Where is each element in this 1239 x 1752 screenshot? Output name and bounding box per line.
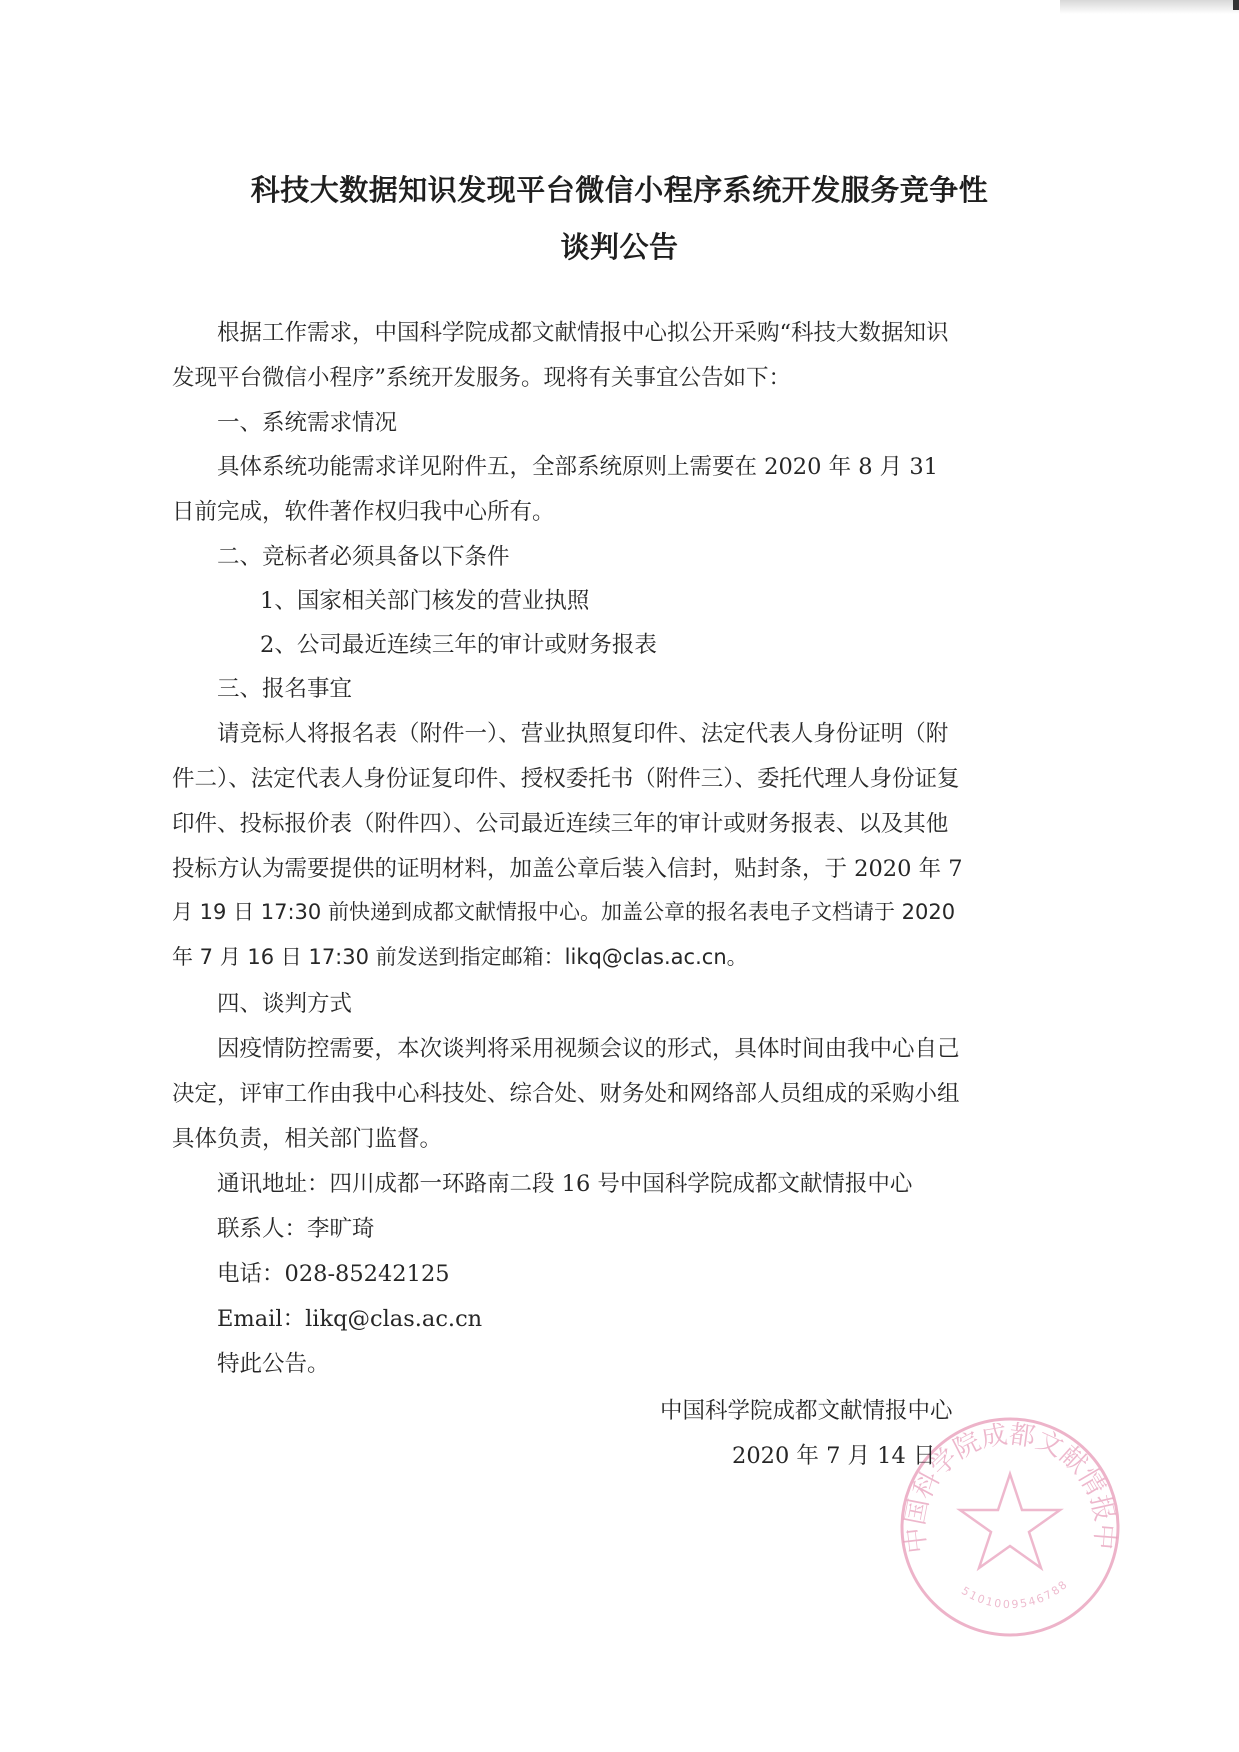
document-title-line-2: 谈判公告 [0, 225, 1239, 266]
section-4-line-3: 具体负责，相关部门监督。 [172, 1121, 442, 1153]
svg-text:5101009546788: 5101009546788 [959, 1577, 1071, 1611]
signature-organization: 中国科学院成都文献情报中心 [660, 1393, 953, 1425]
section-2-item-1: 1、国家相关部门核发的营业执照 [260, 583, 589, 615]
signature-date: 2020 年 7 月 14 日 [732, 1438, 935, 1470]
intro-line-2: 发现平台微信小程序”系统开发服务。现将有关事宜公告如下： [172, 360, 791, 392]
contact-email: Email：likq@clas.ac.cn [217, 1301, 482, 1333]
scan-corner-mark [1233, 0, 1239, 10]
section-3-line-4: 投标方认为需要提供的证明材料，加盖公章后装入信封，贴封条，于 2020 年 7 [172, 851, 963, 883]
section-1-line-2: 日前完成，软件著作权归我中心所有。 [172, 494, 555, 526]
section-2-heading: 二、竞标者必须具备以下条件 [217, 539, 510, 571]
section-3-line-2: 件二）、法定代表人身份证复印件、授权委托书（附件三）、委托代理人身份证复 [172, 761, 960, 793]
intro-line-1: 根据工作需求，中国科学院成都文献情报中心拟公开采购“科技大数据知识 [217, 315, 949, 347]
section-4-line-2: 决定，评审工作由我中心科技处、综合处、财务处和网络部人员组成的采购小组 [172, 1076, 960, 1108]
section-3-heading: 三、报名事宜 [217, 671, 352, 703]
section-3-line-1: 请竞标人将报名表（附件一）、营业执照复印件、法定代表人身份证明（附 [217, 716, 948, 748]
contact-address: 通讯地址：四川成都一环路南二段 16 号中国科学院成都文献情报中心 [217, 1166, 912, 1198]
section-4-heading: 四、谈判方式 [217, 986, 352, 1018]
section-3-line-6: 年 7 月 16 日 17:30 前发送到指定邮箱：likq@clas.ac.c… [172, 941, 748, 971]
contact-phone: 电话：028-85242125 [217, 1256, 450, 1288]
section-3-line-5: 月 19 日 17:30 前快递到成都文献情报中心。加盖公章的报名表电子文档请于… [172, 896, 955, 926]
section-1-heading: 一、系统需求情况 [217, 405, 397, 437]
contact-person: 联系人：李旷琦 [217, 1211, 375, 1243]
scan-shadow [1060, 0, 1239, 14]
section-3-line-3: 印件、投标报价表（附件四）、公司最近连续三年的审计或财务报表、以及其他 [172, 806, 948, 838]
closing-text: 特此公告。 [217, 1346, 330, 1378]
section-4-line-1: 因疫情防控需要，本次谈判将采用视频会议的形式，具体时间由我中心自己 [217, 1031, 960, 1063]
section-2-item-2: 2、公司最近连续三年的审计或财务报表 [260, 627, 657, 659]
document-title-line-1: 科技大数据知识发现平台微信小程序系统开发服务竞争性 [0, 168, 1239, 209]
section-1-line-1: 具体系统功能需求详见附件五，全部系统原则上需要在 2020 年 8 月 31 [217, 449, 938, 481]
